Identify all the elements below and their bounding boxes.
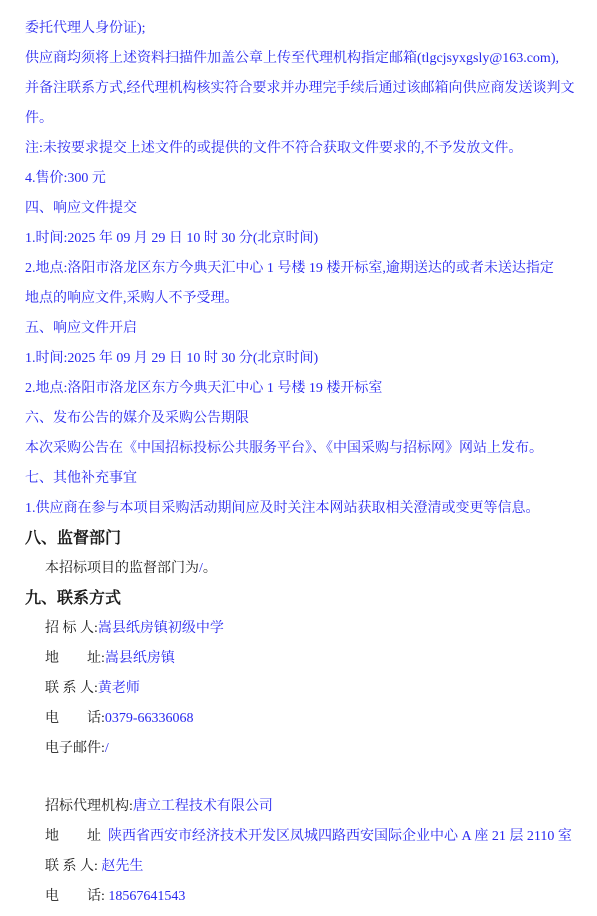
section-6-title-seg: 六、发布公告的媒介及采购公告期限 bbox=[25, 411, 249, 426]
section-9-title: 九、联系方式 bbox=[25, 584, 581, 614]
agency-address: 地 址 陕西省西安市经济技术开发区凤城四路西安国际企业中心 A 座 21 层 2… bbox=[25, 822, 581, 852]
para-open-place: 2.地点:洛阳市洛龙区东方今典天汇中心 1 号楼 19 楼开标室 bbox=[25, 374, 581, 404]
agency-phone: 电 话: 18567641543 bbox=[25, 882, 581, 912]
agency-phone-seg: 18567641543 bbox=[105, 889, 186, 904]
para-publish-media-seg: 本次采购公告在《中国招标投标公共服务平台》、《中国采购与招标网》网站上发布。 bbox=[25, 441, 543, 456]
agency-address-seg: 地 址 bbox=[45, 829, 108, 844]
agency-person: 联 系 人: 赵先生 bbox=[25, 852, 581, 882]
para-submit-place-seg: 2.地点:洛阳市洛龙区东方今典天汇中心 1 号楼 19 楼开标室,逾期送达的或者… bbox=[25, 261, 554, 276]
section-7-title: 七、其他补充事宜 bbox=[25, 464, 581, 494]
para-publish-media: 本次采购公告在《中国招标投标公共服务平台》、《中国采购与招标网》网站上发布。 bbox=[25, 434, 581, 464]
contact-phone-seg: 0379-66336068 bbox=[105, 711, 194, 726]
para-note: 注:未按要求提交上述文件的或提供的文件不符合获取文件要求的,不予发放文件。 bbox=[25, 134, 581, 164]
contact-tenderer-seg: 招 标 人: bbox=[45, 621, 98, 636]
agency-phone-seg: 电 话: bbox=[45, 889, 105, 904]
para-price-seg: 4.售价:300 元 bbox=[25, 171, 106, 186]
section-9-title-seg: 九、联系方式 bbox=[25, 590, 121, 607]
para-supervision-seg: 本招标项目的监督部门为 bbox=[45, 561, 199, 576]
section-5-title-seg: 五、响应文件开启 bbox=[25, 321, 137, 336]
agency-address-seg: 陕西省西安市经济技术开发区凤城四路西安国际企业中心 A 座 21 层 2110 … bbox=[108, 829, 572, 844]
para-upload-email-wrap2: 件。 bbox=[25, 104, 581, 134]
agency-name-seg: 唐立工程技术有限公司 bbox=[133, 799, 273, 814]
para-note-seg: 注:未按要求提交上述文件的或提供的文件不符合获取文件要求的,不予发放文件。 bbox=[25, 141, 522, 156]
procurement-notice-document: 委托代理人身份证);供应商均须将上述资料扫描件加盖公章上传至代理机构指定邮箱(t… bbox=[0, 0, 597, 916]
para-submit-place: 2.地点:洛阳市洛龙区东方今典天汇中心 1 号楼 19 楼开标室,逾期送达的或者… bbox=[25, 254, 581, 284]
contact-person-seg: 联 系 人: bbox=[45, 681, 98, 696]
contact-tenderer-seg: 嵩县纸房镇初级中学 bbox=[98, 621, 224, 636]
contact-email: 电子邮件:/ bbox=[25, 734, 581, 764]
section-8-title-seg: 八、监督部门 bbox=[25, 530, 121, 547]
document-body: 委托代理人身份证);供应商均须将上述资料扫描件加盖公章上传至代理机构指定邮箱(t… bbox=[25, 14, 581, 912]
para-submit-time: 1.时间:2025 年 09 月 29 日 10 时 30 分(北京时间) bbox=[25, 224, 581, 254]
para-open-time-seg: 1.时间:2025 年 09 月 29 日 10 时 30 分(北京时间) bbox=[25, 351, 318, 366]
contact-phone: 电 话:0379-66336068 bbox=[25, 704, 581, 734]
para-open-time: 1.时间:2025 年 09 月 29 日 10 时 30 分(北京时间) bbox=[25, 344, 581, 374]
contact-person-seg: 黄老师 bbox=[98, 681, 140, 696]
para-submit-time-seg: 1.时间:2025 年 09 月 29 日 10 时 30 分(北京时间) bbox=[25, 231, 318, 246]
agency-name-seg: 招标代理机构: bbox=[45, 799, 133, 814]
para-upload-email: 供应商均须将上述资料扫描件加盖公章上传至代理机构指定邮箱(tlgcjsyxgsl… bbox=[25, 44, 581, 74]
para-upload-email-wrap-seg: 并备注联系方式,经代理机构核实符合要求并办理完手续后通过该邮箱向供应商发送谈判文 bbox=[25, 81, 575, 96]
section-5-title: 五、响应文件开启 bbox=[25, 314, 581, 344]
para-agent-id-tail-seg: 委托代理人身份证); bbox=[25, 21, 146, 36]
para-price: 4.售价:300 元 bbox=[25, 164, 581, 194]
contact-address-seg: 地 址: bbox=[45, 651, 105, 666]
para-upload-email-seg: 供应商均须将上述资料扫描件加盖公章上传至代理机构指定邮箱(tlgcjsyxgsl… bbox=[25, 51, 559, 66]
para-submit-place-wrap-seg: 地点的响应文件,采购人不予受理。 bbox=[25, 291, 239, 306]
section-7-title-seg: 七、其他补充事宜 bbox=[25, 471, 137, 486]
para-agent-id-tail: 委托代理人身份证); bbox=[25, 14, 581, 44]
contact-tenderer: 招 标 人:嵩县纸房镇初级中学 bbox=[25, 614, 581, 644]
spacer bbox=[25, 764, 581, 792]
para-open-place-seg: 2.地点:洛阳市洛龙区东方今典天汇中心 1 号楼 19 楼开标室 bbox=[25, 381, 382, 396]
agency-person-seg: 联 系 人: bbox=[45, 859, 98, 874]
agency-person-seg: 赵先生 bbox=[98, 859, 144, 874]
para-supervision-seg: 。 bbox=[203, 561, 217, 576]
section-8-title: 八、监督部门 bbox=[25, 524, 581, 554]
section-4-title: 四、响应文件提交 bbox=[25, 194, 581, 224]
para-upload-email-wrap: 并备注联系方式,经代理机构核实符合要求并办理完手续后通过该邮箱向供应商发送谈判文 bbox=[25, 74, 581, 104]
para-upload-email-wrap2-seg: 件。 bbox=[25, 111, 53, 126]
para-supervision: 本招标项目的监督部门为/。 bbox=[25, 554, 581, 584]
section-4-title-seg: 四、响应文件提交 bbox=[25, 201, 137, 216]
para-supplement: 1.供应商在参与本项目采购活动期间应及时关注本网站获取相关澄清或变更等信息。 bbox=[25, 494, 581, 524]
para-submit-place-wrap: 地点的响应文件,采购人不予受理。 bbox=[25, 284, 581, 314]
contact-email-seg: / bbox=[105, 741, 109, 756]
para-supplement-seg: 1.供应商在参与本项目采购活动期间应及时关注本网站获取相关澄清或变更等信息。 bbox=[25, 501, 540, 516]
contact-email-seg: 电子邮件: bbox=[45, 741, 105, 756]
contact-address-seg: 嵩县纸房镇 bbox=[105, 651, 175, 666]
contact-address: 地 址:嵩县纸房镇 bbox=[25, 644, 581, 674]
section-6-title: 六、发布公告的媒介及采购公告期限 bbox=[25, 404, 581, 434]
agency-name: 招标代理机构:唐立工程技术有限公司 bbox=[25, 792, 581, 822]
contact-phone-seg: 电 话: bbox=[45, 711, 105, 726]
contact-person: 联 系 人:黄老师 bbox=[25, 674, 581, 704]
